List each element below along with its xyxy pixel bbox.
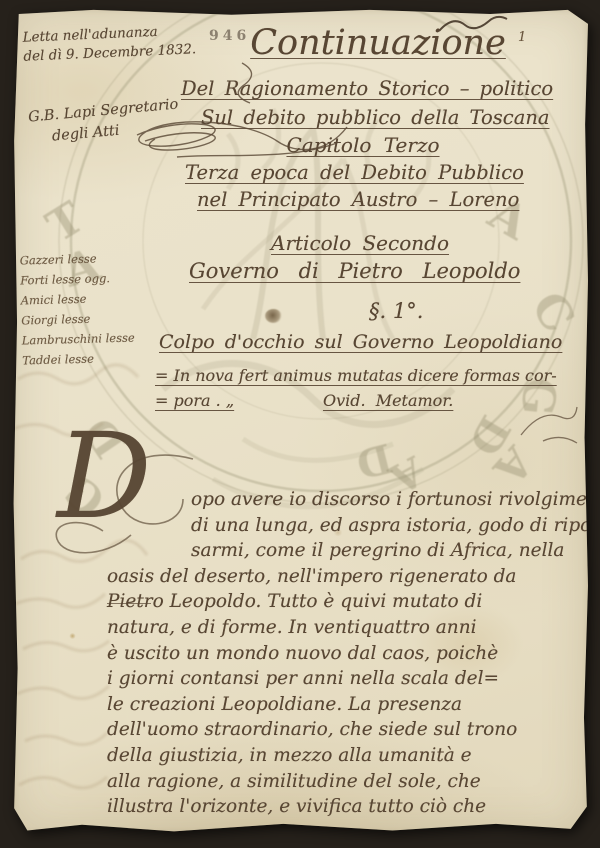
body-line: è uscito un mondo nuovo dal caos, poichè <box>107 641 498 667</box>
body-line: alla ragione, a similitudine del sole, c… <box>107 769 481 795</box>
manuscript-page-wrap: T A A C G D A D A D G <box>13 9 588 833</box>
drop-cap: D <box>57 417 152 535</box>
subtitle-line1: Del Ragionamento Storico – politico <box>181 77 553 100</box>
photo-background: T A A C G D A D A D G <box>0 0 600 848</box>
chapter-subtitle-line2: nel Principato Austro – Loreno <box>197 188 519 211</box>
chapter-subtitle-line1: Terza epoca del Debito Pubblico <box>185 161 524 184</box>
body-line: i giorni contansi per anni nella scala d… <box>107 666 499 692</box>
body-line: illustra l'orizonte, e vivifica tutto ci… <box>107 794 486 820</box>
watermark-letter: A <box>484 437 542 494</box>
epigraph-line1: = In nova fert animus mutatas dicere for… <box>155 366 557 385</box>
oasis-word-underline <box>107 603 151 604</box>
article-subject: Governo di Pietro Leopoldo <box>189 259 520 283</box>
watermark-letter: D <box>352 434 397 488</box>
section-mark: §. 1°. <box>369 299 423 323</box>
watermark-letter: T <box>38 192 93 253</box>
body-line: opo avere io discorso i fortunosi rivolg… <box>191 487 600 513</box>
body-line: Pietro Leopoldo. Tutto è quivi mutato di <box>107 589 482 615</box>
pen-flourish <box>513 397 583 447</box>
article-heading: Articolo Secondo <box>245 231 475 255</box>
body-line: di una lunga, ed aspra istoria, godo di … <box>191 513 600 539</box>
review-note: Letta nell'adunanza del dì 9. Decembre 1… <box>22 21 196 67</box>
secretary-signature: G.B. Lapi Segretario degli Atti <box>27 95 181 150</box>
watermark-letter: D <box>459 407 520 463</box>
subtitle-line2: Sul debito pubblico della Toscana <box>201 106 550 129</box>
body-line: le creazioni Leopoldiane. La presenza <box>107 692 462 718</box>
page-title: Continuazione <box>235 23 521 63</box>
margin-note: Taddei lesse <box>22 348 135 371</box>
paper-stain <box>69 633 76 639</box>
body-line: natura, e di forme. In ventiquattro anni <box>107 615 477 641</box>
margin-reader-notes: Gazzeri lesse Forti lesse ogg. Amici les… <box>19 248 135 371</box>
chapter-heading: Capitolo Terzo <box>213 133 513 157</box>
body-line: oasis del deserto, nell'impero rigenerat… <box>107 564 516 590</box>
manuscript-page: T A A C G D A D A D G <box>13 9 588 833</box>
body-line: della giustizia, in mezzo alla umanità e <box>107 743 472 769</box>
epigraph-line2: = pora . „ <box>155 391 234 410</box>
epigraph-attribution: Ovid. Metamor. <box>323 391 453 410</box>
body-line: sarmi, come il peregrino di Africa, nell… <box>191 538 564 564</box>
margin-note: Lambruschini lesse <box>22 328 135 351</box>
body-line: dell'uomo straordinario, che siede sul t… <box>107 717 517 743</box>
ink-blot <box>265 309 282 323</box>
section-title: Colpo d'occhio sul Governo Leopoldiano <box>159 331 562 353</box>
